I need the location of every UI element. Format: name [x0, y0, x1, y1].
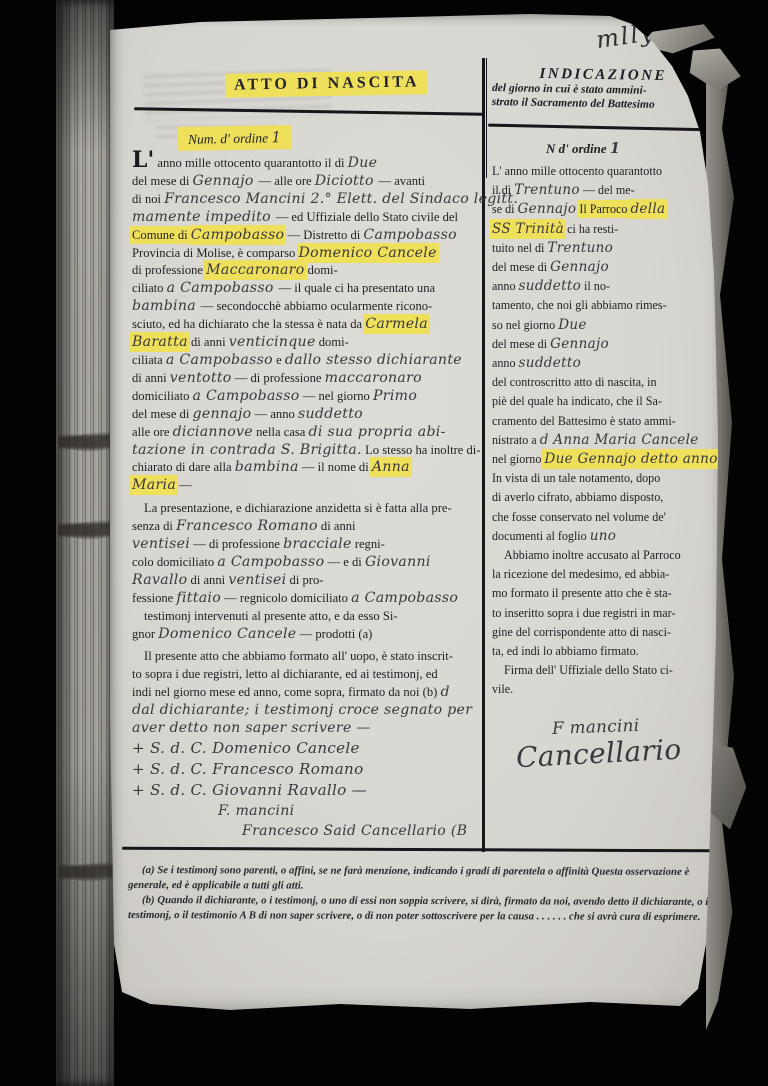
text-line: di anni ventotto — di professione maccar… — [132, 370, 480, 388]
book-spine — [56, 0, 114, 1086]
num-ordine-value: 1 — [271, 128, 281, 146]
text-line: + S. d. C. Domenico Cancele — [132, 738, 480, 759]
printed-text: di pro- — [286, 573, 323, 587]
text-line: anno suddetto il no- — [492, 277, 716, 296]
text-line: nistrato a d Anna Maria Cancele — [492, 431, 716, 450]
text-line: Il presente atto che abbiamo formato all… — [132, 648, 480, 666]
text-line: SS Trinità ci ha resti- — [492, 220, 716, 239]
printed-text: — e di — [324, 555, 365, 569]
text-line: vile. — [492, 680, 716, 699]
handwritten-text: di sua propria abi- — [309, 424, 446, 440]
handwritten-text: a Campobasso — [167, 280, 279, 296]
handwritten-text: Francesco Said Cancellario (B — [242, 823, 467, 839]
text-line: tuito nel dì Trentuno — [492, 239, 716, 258]
printed-text: to inseritto sopra i due registri in mar… — [492, 606, 675, 620]
printed-text: — di professione — [232, 371, 325, 385]
handwritten-text: d Anna Maria Cancele — [540, 432, 699, 448]
handwritten-text: Due — [348, 155, 378, 171]
text-line: piè del quale ha indicato, che il Sa- — [492, 392, 716, 411]
left-column-title: ATTO DI NASCITA — [228, 72, 426, 95]
highlighted-text: Domenico Cancele — [299, 245, 437, 261]
printed-text: ciliata — [132, 353, 166, 367]
printed-text: tamento, che noi gli abbiamo rimes- — [492, 298, 667, 312]
text-line: chiarato di dare alla bambina — il nome … — [132, 459, 480, 477]
handwritten-text: Diciotto — [315, 173, 379, 189]
num-ordine-label: N d' ordine — [546, 141, 607, 156]
printed-text: del mese di — [492, 260, 550, 274]
handwritten-text: + S. d. C. Domenico Cancele — [132, 739, 360, 757]
printed-text: L' anno mille ottocento quarantotto — [492, 164, 662, 178]
printed-text: cramento del Battesimo è stato ammi- — [492, 414, 676, 428]
printed-text: gnor — [132, 627, 158, 641]
printed-text: del mese di — [492, 337, 550, 351]
printed-text: se di — [492, 202, 518, 216]
text-line: mo formato il presente atto che è sta- — [492, 584, 716, 603]
printed-text: tuito nel dì — [492, 241, 547, 255]
printed-text: mo formato il presente atto che è sta- — [492, 586, 672, 600]
text-line: fessione fittaio — regnicolo domiciliato… — [132, 590, 480, 608]
handwritten-text: suddetto — [298, 406, 363, 422]
printed-text: di professione — [132, 263, 206, 277]
handwritten-text: suddetto — [519, 278, 581, 294]
text-line: Firma dell' Uffiziale dello Stato ci- — [492, 661, 716, 680]
text-line: documenti al foglio uno — [492, 527, 716, 546]
right-column-title: INDICAZIONE — [539, 66, 667, 84]
printed-text: ta, ed indi lo abbiamo firmato. — [492, 644, 639, 658]
text-line: alle ore diciannove nella casa di sua pr… — [132, 424, 480, 442]
text-line: tazione in contrada S. Brigitta. Lo stes… — [132, 442, 480, 460]
text-line: cramento del Battesimo è stato ammi- — [492, 412, 716, 431]
text-line: indi nel giorno mese ed anno, come sopra… — [132, 684, 480, 702]
printed-text: so nel giorno — [492, 318, 558, 332]
text-line: dal dichiarante; i testimonj croce segna… — [132, 702, 480, 720]
printed-text: Lo stesso ha inoltre di- — [362, 443, 481, 457]
text-line: Francesco Said Cancellario (B — [242, 821, 480, 841]
footnote-a: (a) Se i testimonj sono parenti, o affin… — [128, 863, 710, 894]
text-line: gine del corrispondente atto di nasci- — [492, 623, 716, 642]
printed-text: del controscritto atto di nascita, in — [492, 375, 657, 389]
right-column-subtitle: strato il Sacramento del Battesimo — [490, 96, 716, 113]
text-line: il dì Trentuno — del me- — [492, 181, 716, 200]
text-line: anno suddetto — [492, 354, 716, 373]
handwritten-text: F mancini — [552, 715, 640, 738]
handwritten-text: Francesco Romano — [176, 518, 318, 534]
handwritten-text: d — [440, 684, 449, 700]
handwritten-text: bambina — [132, 298, 201, 314]
printed-text: — ed Uffiziale dello Stato civile del — [276, 210, 458, 224]
text-line: ta, ed indi lo abbiamo firmato. — [492, 642, 716, 661]
num-ordine-value: 1 — [610, 140, 620, 157]
text-line: ventisei — di professione bracciale regn… — [132, 536, 480, 554]
printed-text: senza di — [132, 519, 176, 533]
printed-text: domi- — [305, 263, 338, 277]
printed-text: di anni — [187, 573, 228, 587]
torn-corner — [682, 39, 747, 96]
handwritten-text: gennajo — [193, 406, 252, 422]
printed-text: colo domiciliato — [132, 555, 217, 569]
printed-text: anno mille ottocento quarantotto il dì — [154, 156, 347, 170]
printed-text: il dì — [492, 183, 514, 197]
handwritten-text: aver detto non saper scrivere — — [132, 720, 371, 736]
printed-text: — — [176, 478, 192, 492]
handwritten-text: F. mancini — [218, 803, 294, 819]
footnotes: (a) Se i testimonj sono parenti, o affin… — [128, 864, 710, 924]
handwritten-text: tazione in contrada S. Brigitta. — [132, 442, 362, 458]
column-divider — [482, 58, 485, 852]
handwritten-text: Gennajo — [193, 173, 259, 189]
handwritten-text: ventotto — [170, 370, 232, 386]
highlighted-text: Maccaronaro — [206, 262, 304, 278]
text-line: Maria — — [132, 477, 480, 495]
right-column-header: INDICAZIONE 1 del giorno in cui è stato … — [490, 64, 717, 113]
handwritten-text: + S. d. C. Francesco Romano — [132, 760, 364, 778]
printed-text: e — [273, 353, 285, 367]
text-line: Baratta di anni venticinque domi- — [132, 334, 480, 352]
printed-text: In vista di un tale notamento, dopo — [492, 471, 660, 485]
handwritten-text: ventisei — [132, 536, 190, 552]
printed-text: il no- — [581, 279, 610, 293]
handwritten-text: bracciale — [283, 536, 351, 552]
printed-text: anno — [492, 356, 519, 370]
handwritten-text: Ravallo — [132, 572, 187, 588]
printed-text: — prodotti (a) — [296, 627, 372, 641]
printed-text: del mese di — [132, 174, 193, 188]
text-line: mamente impedito — ed Uffiziale dello St… — [132, 209, 480, 227]
printed-text: di anni — [318, 519, 356, 533]
highlighted-text: Due Gennajo detto anno — [544, 451, 717, 467]
printed-text: — il nome di — [299, 460, 372, 474]
printed-text: piè del quale ha indicato, che il Sa- — [492, 394, 662, 408]
binding-stitch — [58, 520, 114, 540]
handwritten-text: Gennajo — [550, 259, 609, 275]
text-line: la ricezione del medesimo, ed abbia- — [492, 565, 716, 584]
highlighted-text: Baratta — [132, 334, 188, 350]
text-line: domiciliato a Campobasso — nel giorno Pr… — [132, 388, 480, 406]
printed-text: nel giorno — [492, 452, 544, 466]
printed-text: Abbiamo inoltre accusato al Parroco — [504, 548, 681, 562]
handwritten-text: fittaio — [176, 590, 221, 606]
handwritten-text: diciannove — [173, 424, 253, 440]
handwritten-text: uno — [590, 528, 617, 544]
printed-text: Firma dell' Uffiziale dello Stato ci- — [504, 663, 673, 677]
num-ordine-right: N d' ordine 1 — [546, 140, 620, 157]
printed-text: Il presente atto che abbiamo formato all… — [144, 649, 453, 663]
handwritten-text: Francesco Mancini 2.° Elett. del Sindaco… — [164, 191, 518, 207]
printed-text: — alle ore — [258, 174, 314, 188]
printed-text: che fosse conservato nel volume de' — [492, 510, 666, 524]
printed-text: regni- — [352, 537, 385, 551]
num-ordine-left: Num. d' ordine 1 — [180, 127, 290, 149]
handwritten-text: a Campobasso — [351, 590, 458, 606]
printed-text: — di professione — [190, 537, 283, 551]
handwritten-text: Due — [558, 317, 587, 333]
printed-text: Provincia di Molise, è comparso — [132, 246, 299, 260]
printed-text: to sopra i due registri, letto al dichia… — [132, 667, 438, 681]
handwritten-text: Gennajo — [550, 336, 609, 352]
header-rule-right — [488, 124, 716, 132]
drop-cap: L' — [132, 147, 154, 173]
handwritten-text: mamente impedito — [132, 209, 276, 225]
text-line: L' anno mille ottocento quarantotto il d… — [132, 152, 480, 173]
text-line: di averlo cifrato, abbiamo disposto, — [492, 488, 716, 507]
text-line: del mese di Gennajo — [492, 335, 716, 354]
highlighted-text: Il Parroco — [579, 202, 630, 216]
handwritten-text: maccaronaro — [325, 370, 422, 386]
handwritten-text: Campobasso — [363, 227, 457, 243]
printed-text: — regnicolo domiciliato — [221, 591, 351, 605]
text-line: del mese di Gennajo — alle ore Diciotto … — [132, 173, 480, 191]
binding-stitch — [58, 862, 114, 882]
binding-stitch — [58, 432, 114, 452]
text-line: Ravallo di anni ventisei di pro- — [132, 572, 480, 590]
text-line: bambina — secondocchè abbiamo ocularment… — [132, 298, 480, 316]
printed-text: vile. — [492, 682, 513, 696]
text-line: del mese di gennajo — anno suddetto — [132, 406, 480, 424]
bottom-rule — [122, 847, 716, 853]
text-line: se di Gennajo Il Parroco della — [492, 200, 716, 219]
handwritten-text: Primo — [373, 388, 417, 404]
handwritten-text: suddetto — [519, 355, 581, 371]
highlighted-text: Carmela — [365, 316, 428, 332]
printed-text: La presentazione, e dichiarazione anzide… — [144, 501, 452, 515]
text-line: Comune di Campobasso — Distretto di Camp… — [132, 227, 480, 245]
printed-text: testimonj intervenuti al presente atto, … — [144, 609, 398, 623]
text-line: Cancellario — [516, 738, 717, 770]
text-line: gnor Domenico Cancele — prodotti (a) — [132, 626, 480, 644]
right-column-body: L' anno mille ottocento quarantottoil dì… — [492, 162, 716, 764]
printed-text: chiarato di dare alla — [132, 460, 235, 474]
printed-text: — nel giorno — [300, 389, 373, 403]
handwritten-text: + S. d. C. Giovanni Ravallo — — [132, 781, 367, 799]
text-line: Abbiamo inoltre accusato al Parroco — [492, 546, 716, 565]
highlighted-text: Maria — [132, 477, 176, 493]
printed-text: — secondocchè abbiamo ocularmente ricono… — [201, 299, 433, 313]
printed-text: ci ha resti- — [564, 222, 618, 236]
printed-text: la ricezione del medesimo, ed abbia- — [492, 567, 669, 581]
handwritten-text: a Campobasso — [193, 388, 300, 404]
text-line: In vista di un tale notamento, dopo — [492, 469, 716, 488]
text-line: La presentazione, e dichiarazione anzide… — [132, 500, 480, 518]
printed-text: di noi — [132, 192, 164, 206]
printed-text: di anni — [188, 335, 229, 349]
handwritten-text: Cancellario — [515, 732, 682, 774]
footnote-b: (b) Quando il dichiarante, o i testimonj… — [128, 893, 710, 924]
printed-text: — anno — [251, 407, 298, 421]
register-page: mlly ATTO DI NASCITA INDICAZIONE 1 del g… — [110, 14, 728, 1022]
handwritten-text: bambina — [235, 459, 299, 475]
text-line: to inseritto sopra i due registri in mar… — [492, 604, 716, 623]
printed-text: gine del corrispondente atto di nasci- — [492, 625, 671, 639]
num-ordine-label: Num. d' ordine — [188, 130, 268, 146]
text-line: del mese di Gennajo — [492, 258, 716, 277]
text-line: che fosse conservato nel volume de' — [492, 508, 716, 527]
text-line: testimonj intervenuti al presente atto, … — [132, 608, 480, 626]
printed-text: di averlo cifrato, abbiamo disposto, — [492, 490, 663, 504]
photo-background: mlly ATTO DI NASCITA INDICAZIONE 1 del g… — [0, 0, 768, 1086]
printed-text: domi- — [316, 335, 349, 349]
text-line: di professione Maccaronaro domi- — [132, 262, 480, 280]
printed-text: — del me- — [580, 183, 635, 197]
text-line: so nel giorno Due — [492, 316, 716, 335]
highlighted-text: Anna — [372, 459, 410, 475]
printed-text: ciliato — [132, 281, 167, 295]
printed-text: del mese di — [132, 407, 193, 421]
handwritten-text: a Campobasso — [217, 554, 324, 570]
printed-text: nella casa — [253, 425, 309, 439]
handwritten-text: Trentuno — [514, 182, 580, 198]
handwritten-text: Gennajo — [518, 201, 577, 217]
printed-text: fessione — [132, 591, 176, 605]
text-line: del controscritto atto di nascita, in — [492, 373, 716, 392]
text-line: nel giorno Due Gennajo detto anno — [492, 450, 716, 469]
handwritten-text: Giovanni — [365, 554, 431, 570]
handwritten-text: dallo stesso dichiarante — [285, 352, 462, 368]
handwritten-text: ventisei — [228, 572, 286, 588]
text-line: senza di Francesco Romano di anni — [132, 518, 480, 536]
highlighted-text: Campobasso — [191, 227, 285, 243]
highlighted-text: della — [630, 201, 665, 217]
handwritten-text: a Campobasso — [166, 352, 273, 368]
text-line: ciliato a Campobasso — il quale ci ha pr… — [132, 280, 480, 298]
text-line: L' anno mille ottocento quarantotto — [492, 162, 716, 181]
text-line: + S. d. C. Giovanni Ravallo — — [132, 780, 480, 801]
printed-text: — il quale ci ha presentato una — [278, 281, 435, 295]
handwritten-text: dal dichiarante; i testimonj croce segna… — [132, 702, 472, 718]
handwritten-text: Trentuno — [547, 240, 613, 256]
printed-text: indi nel giorno mese ed anno, come sopra… — [132, 685, 440, 699]
printed-text: — Distretto di — [284, 228, 363, 242]
text-line: colo domiciliato a Campobasso — e di Gio… — [132, 554, 480, 572]
text-line: F. mancini — [218, 801, 480, 821]
text-line: to sopra i due registri, letto al dichia… — [132, 666, 480, 684]
corner-scribble: mlly — [594, 18, 657, 54]
printed-text: di anni — [132, 371, 170, 385]
handwritten-text: Domenico Cancele — [158, 626, 296, 642]
text-line: aver detto non saper scrivere — — [132, 720, 480, 738]
text-line: + S. d. C. Francesco Romano — [132, 759, 480, 780]
printed-text: anno — [492, 279, 519, 293]
printed-text: sciuto, ed ha dichiarato che la stessa è… — [132, 317, 365, 331]
text-line: ciliata a Campobasso e dallo stesso dich… — [132, 352, 480, 370]
printed-text: domiciliato — [132, 389, 193, 403]
text-line: tamento, che noi gli abbiamo rimes- — [492, 296, 716, 315]
text-line: Provincia di Molise, è comparso Domenico… — [132, 245, 480, 263]
printed-text: nistrato a — [492, 433, 540, 447]
highlighted-text: Comune di — [132, 228, 191, 242]
text-line: di noi Francesco Mancini 2.° Elett. del … — [132, 191, 480, 209]
handwritten-text: venticinque — [229, 334, 316, 350]
printed-text: documenti al foglio — [492, 529, 590, 543]
printed-text: alle ore — [132, 425, 173, 439]
text-line: sciuto, ed ha dichiarato che la stessa è… — [132, 316, 480, 334]
printed-text: — avanti — [379, 174, 426, 188]
highlighted-text: SS Trinità — [492, 221, 564, 237]
left-column-body: L' anno mille ottocento quarantotto il d… — [132, 152, 480, 841]
